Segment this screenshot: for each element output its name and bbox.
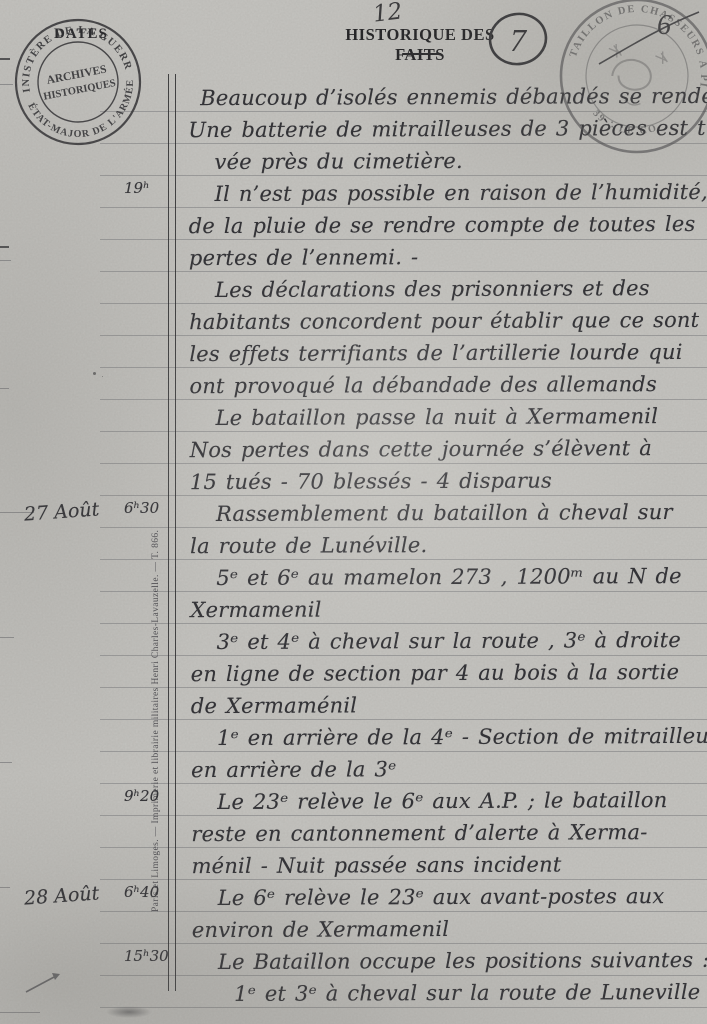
journal-line: Le Bataillon occupe les positions suivan…	[188, 945, 707, 977]
journal-line: les effets terrifiants de l’artillerie l…	[185, 337, 682, 369]
svg-text:39 ∴ LE CO: 39 ∴ LE CO	[588, 107, 662, 144]
pencil-annotation: 6	[595, 0, 707, 72]
journal-line: Le bataillon passe la nuit à Xermamenil	[186, 401, 659, 433]
journal-line: 1ᵉ en arrière de la 4ᵉ - Section de mitr…	[187, 721, 707, 753]
pencil-page-number: 12	[372, 0, 404, 28]
margin-time: 19ʰ	[124, 179, 150, 197]
ink-speck	[93, 372, 96, 375]
margin-time: 9ʰ20	[124, 787, 159, 805]
journal-line: 3ᵉ et 4ᵉ à cheval sur la route , 3ᵉ à dr…	[186, 625, 681, 657]
journal-line: en ligne de section par 4 au bois à la s…	[187, 657, 680, 689]
journal-line: 5ᵉ et 6ᵉ au mamelon 273 , 1200ᵐ au N de	[186, 561, 682, 593]
pencil-arrow-mark	[24, 968, 66, 996]
journal-line: Il n’est pas possible en raison de l’hum…	[185, 177, 707, 209]
margin-date: 28 Août	[23, 882, 100, 909]
journal-line: pertes de l’ennemi. -	[185, 242, 418, 273]
margin-rule-stub	[0, 887, 10, 888]
stamp-bottom-arc-text: 39 ∴ LE CO	[588, 107, 662, 144]
folio-number-text: 7	[510, 22, 528, 58]
journal-line: ménil - Nuit passée sans incident	[187, 850, 561, 882]
journal-line: Rassemblement du bataillon à cheval sur	[186, 497, 673, 529]
journal-line: vée près du cimetière.	[184, 146, 462, 177]
margin-rule-stub	[0, 260, 11, 261]
margin-rule-stub	[0, 388, 9, 389]
journal-line: Xermamenil	[186, 595, 321, 626]
journal-line: en arrière de la 3ᵉ	[187, 754, 396, 785]
journal-line: Le 6ᵉ relève le 23ᵉ aux avant-postes aux	[188, 881, 665, 913]
margin-date: 27 Août	[23, 498, 100, 525]
margin-rule-stub	[0, 246, 9, 248]
journal-line: reste en cantonnement d’alerte à Xerma-	[187, 817, 647, 849]
journal-line: la route de Lunéville.	[186, 530, 427, 561]
journal-line: 15 tués - 70 blessés - 4 disparus	[186, 466, 552, 498]
journal-line: Le 23ᵉ relève le 6ᵉ aux A.P. ; le batail…	[187, 785, 667, 817]
printer-imprint: Paris et Limoges. — Imprimerie et librai…	[151, 498, 161, 912]
journal-line: de Xermaménil	[187, 690, 357, 721]
journal-line: Les déclarations des prisonniers et des	[185, 273, 650, 305]
pencil-annotation-text: 6	[657, 10, 671, 41]
journal-line: Nos pertes dans cette journée s’élèvent …	[186, 433, 652, 465]
margin-time: 6ʰ40	[124, 883, 159, 901]
margin-rule-stub	[0, 1012, 40, 1013]
dates-column-header: DATES	[54, 26, 108, 43]
journal-line: habitants concordent pour établir que ce…	[185, 305, 699, 337]
margin-rule-stub	[0, 762, 12, 763]
journal-line: environ de Xermamenil	[188, 914, 449, 945]
journal-page: DATES HISTORIQUE DES FAITS 12 7 MINISTÈR…	[0, 0, 707, 1024]
journal-line: 1ᵉ et 3ᵉ à cheval sur la route de Lunevi…	[188, 977, 700, 1009]
circled-folio-number: 7	[486, 8, 550, 72]
margin-double-rule	[168, 74, 176, 991]
journal-line: ont provoqué la débandade des allemands	[185, 369, 657, 401]
ink-smudge	[106, 1006, 152, 1018]
margin-time: 6ʰ30	[124, 499, 159, 517]
margin-time: 15ʰ30	[124, 947, 169, 965]
margin-rule-stub	[0, 637, 14, 638]
journal-line: de la pluie de se rendre compte de toute…	[185, 209, 696, 241]
